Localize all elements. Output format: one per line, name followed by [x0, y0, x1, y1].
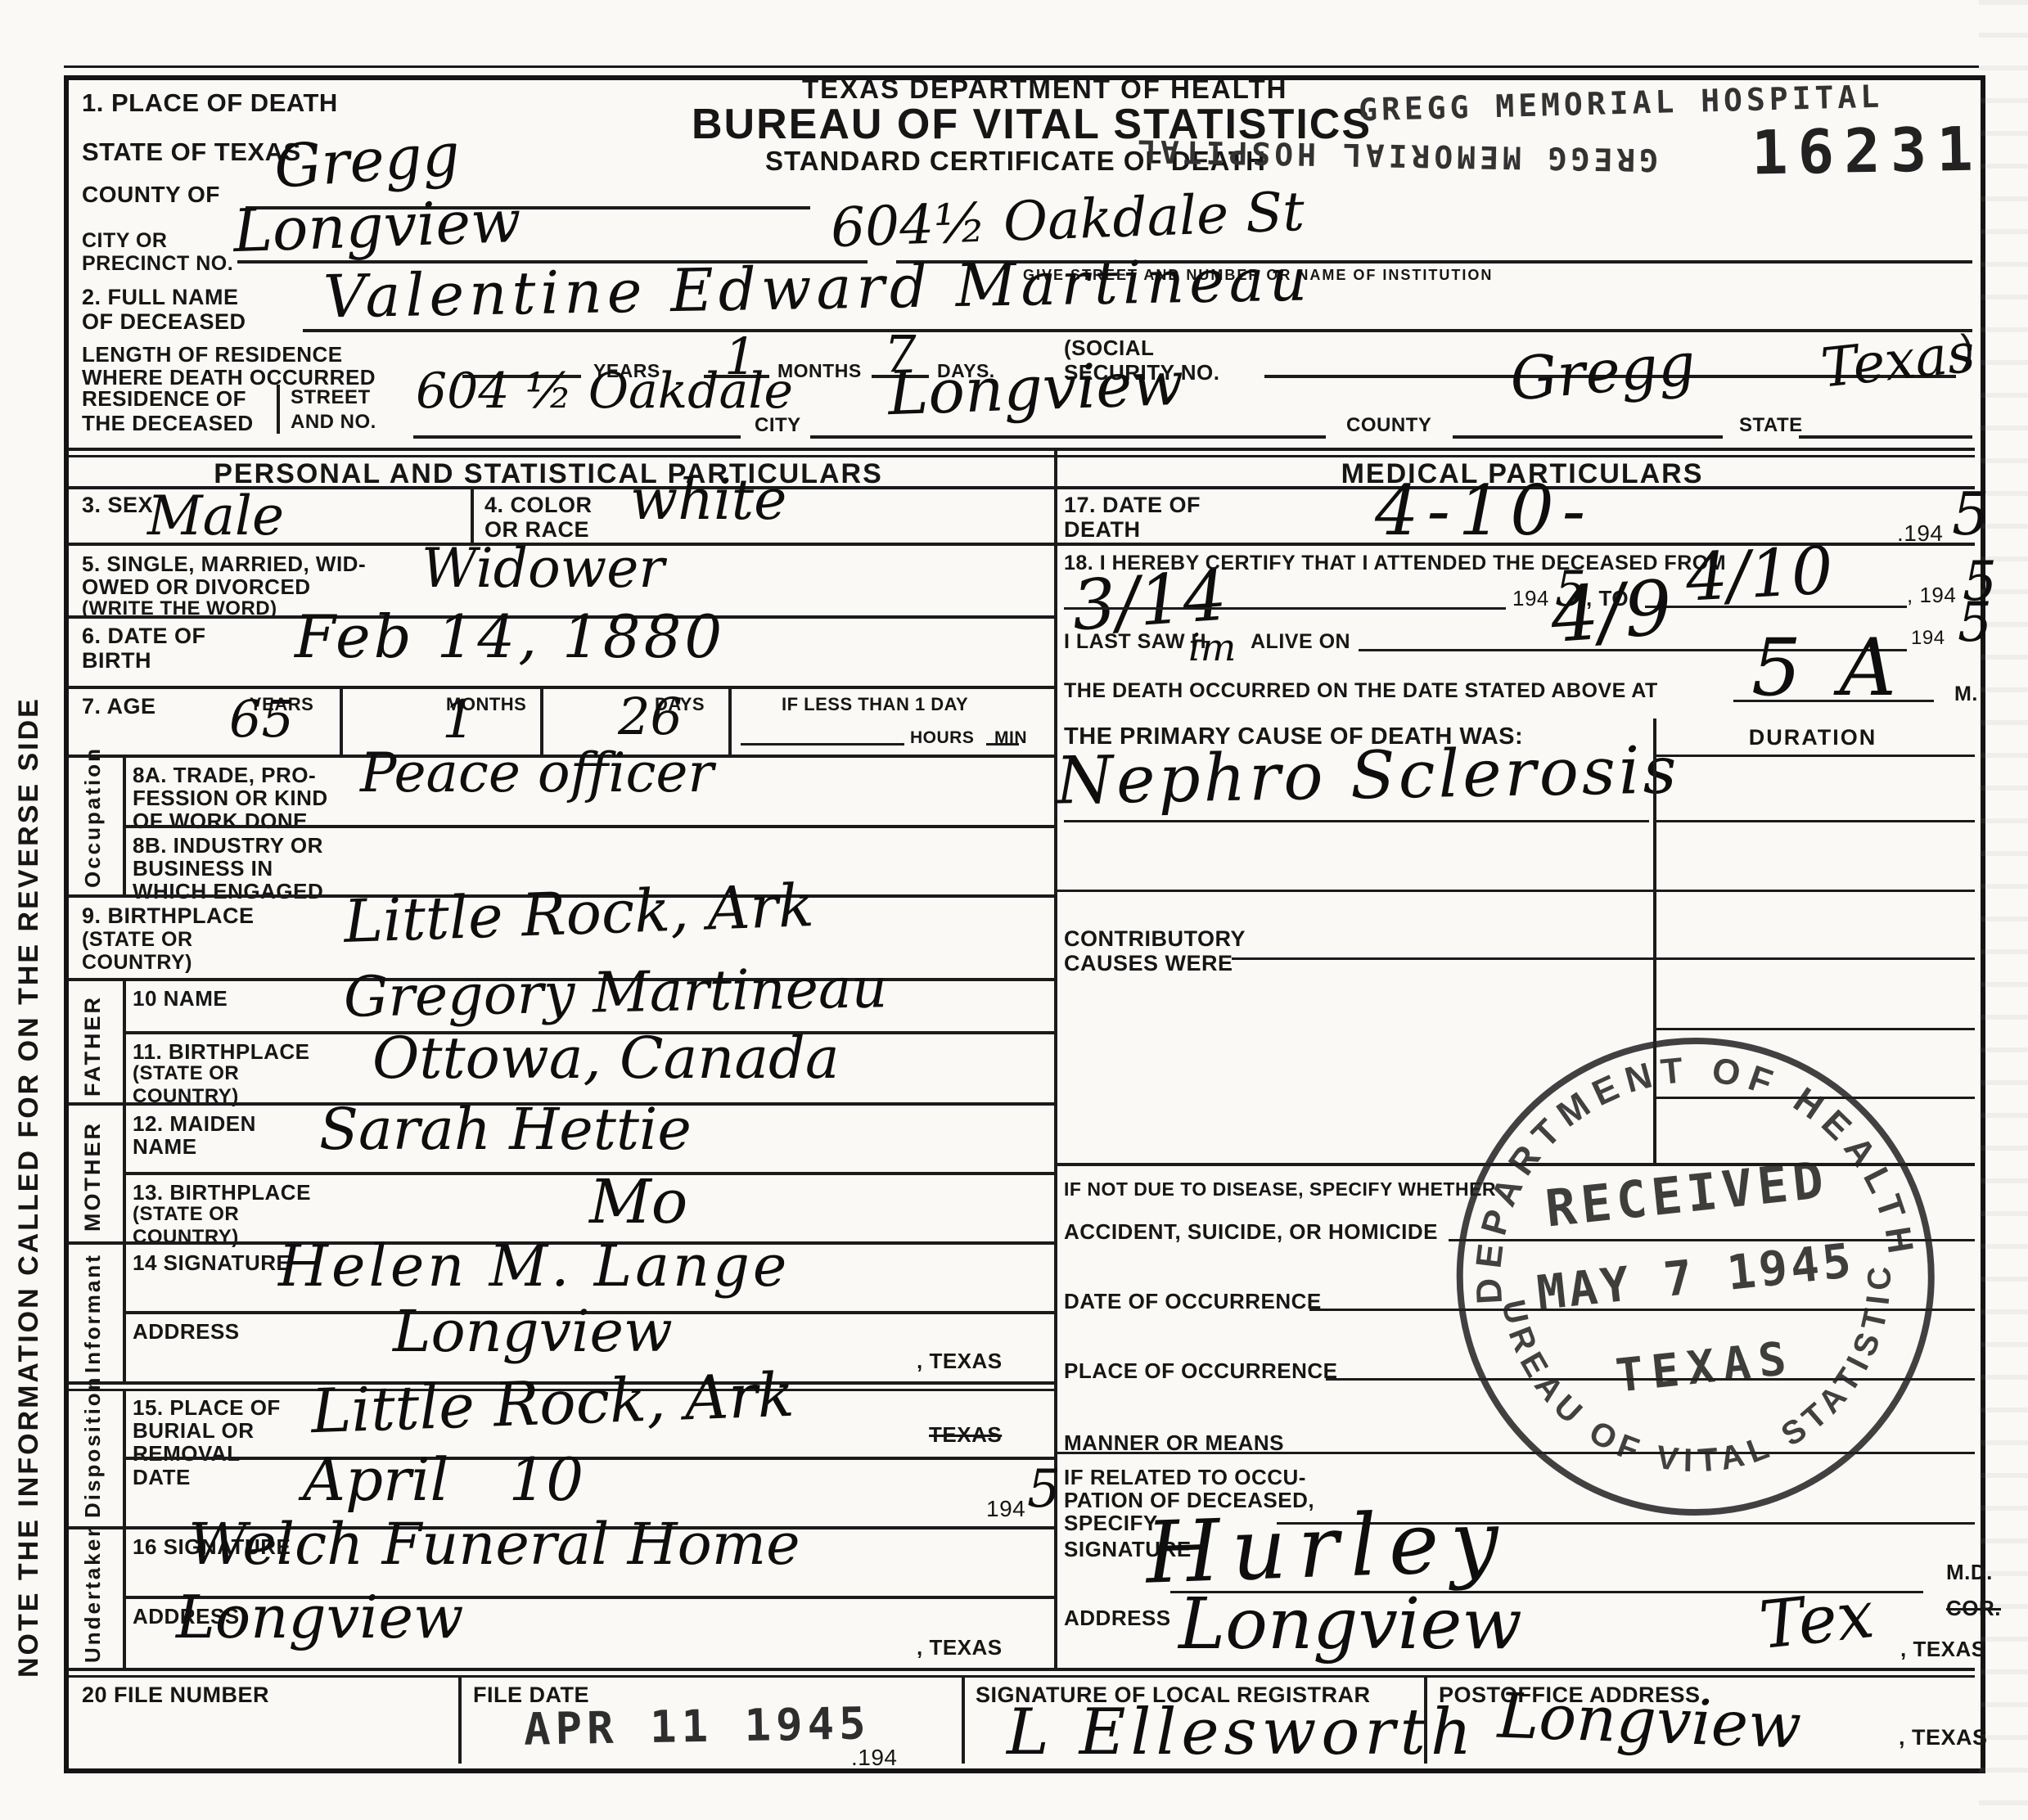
residence-of-label-2: THE DECEASED — [82, 411, 254, 436]
rule — [64, 65, 1979, 68]
certificate-number: 16231 — [1751, 115, 1983, 189]
marital-label-1: 5. SINGLE, MARRIED, WID- — [82, 552, 366, 577]
city-or-label: CITY OR — [82, 229, 167, 253]
divider — [340, 686, 343, 755]
father-name-handwriting: Gregory Martineau — [343, 961, 887, 1026]
attended-to-handwriting: 4/10 — [1684, 538, 1835, 610]
rule — [1064, 607, 1506, 610]
place-of-death-label: 1. PLACE OF DEATH — [82, 88, 338, 118]
divider — [277, 385, 280, 434]
physician-signature-handwriting: Hurley — [1144, 1498, 1511, 1595]
dob-handwriting: Feb 14, 1880 — [295, 607, 725, 666]
rule — [303, 329, 1972, 332]
undertaker-addr-handwriting: Longview — [176, 1588, 464, 1647]
informant-addr-label: ADDRESS — [133, 1319, 240, 1345]
age-hours-label: HOURS — [910, 728, 974, 748]
mother-name-label-2: NAME — [133, 1134, 197, 1160]
res-county-label: COUNTY — [1346, 414, 1431, 437]
related-label-1: IF RELATED TO OCCU- — [1064, 1465, 1306, 1490]
mother-name-label-1: 12. MAIDEN — [133, 1111, 256, 1137]
street-label-1: STREET — [291, 386, 371, 409]
burial-date-label: DATE — [133, 1465, 191, 1490]
stamp-texas-text: TEXAS — [1613, 1331, 1796, 1403]
rule — [810, 435, 1326, 439]
rule — [1064, 820, 1649, 822]
city-handwriting: Longview — [232, 191, 522, 260]
dateocc-label: DATE OF OCCURRENCE — [1064, 1289, 1322, 1314]
father-bp-handwriting: Ottowa, Canada — [372, 1029, 840, 1087]
undertaker-addr-texas: , TEXAS — [917, 1635, 1003, 1660]
burial-texas-struck: TEXAS — [929, 1422, 1002, 1448]
rule — [68, 448, 1975, 451]
md-label: M.D. — [1946, 1560, 1993, 1585]
mother-name-handwriting: Sarah Hettie — [319, 1101, 692, 1158]
rule — [123, 1172, 1054, 1175]
street-label-2: AND NO. — [291, 411, 376, 434]
postoffice-texas: , TEXAS — [1899, 1725, 1988, 1750]
file-number-label: 20 FILE NUMBER — [82, 1683, 269, 1708]
divider — [728, 686, 732, 755]
county-handwriting: Gregg — [273, 124, 462, 196]
father-bp-label-1: 11. BIRTHPLACE — [133, 1039, 310, 1065]
lastsaw-year-printed: 194 — [1911, 627, 1945, 650]
physician-addr-label: ADDRESS — [1064, 1606, 1171, 1631]
residence-city-handwriting: Longview — [887, 354, 1185, 425]
physician-addr-texas: , TEXAS — [1900, 1637, 1986, 1662]
res-state-label: STATE — [1739, 414, 1803, 437]
rule — [123, 825, 1054, 828]
trade-label-2: FESSION OR KIND — [133, 786, 328, 811]
from-year-printed: 194 — [1512, 586, 1549, 611]
age-label: 7. AGE — [82, 694, 156, 719]
rule — [1799, 435, 1972, 439]
industry-label-3: WHICH ENGAGED — [133, 879, 323, 904]
divider — [962, 1675, 965, 1764]
lastsaw-label-2: ALIVE ON — [1251, 630, 1350, 654]
race-handwriting: white — [630, 473, 786, 529]
dod-label-2: DEATH — [1064, 517, 1141, 543]
lastsaw-handwriting: 4/9 — [1548, 570, 1674, 654]
reverse-side-note: NOTE THE INFORMATION CALLED FOR ON THE R… — [13, 352, 45, 1678]
color-race-label-1: 4. COLOR — [484, 493, 593, 518]
disposition-side-label: Disposition — [80, 1395, 106, 1518]
lastsaw-him-handwriting: im — [1188, 628, 1236, 666]
placeocc-label: PLACE OF OCCURRENCE — [1064, 1358, 1338, 1384]
father-side-label: FATHER — [80, 986, 106, 1097]
occurred-handwriting: 5 A — [1751, 628, 1903, 707]
dob-label-2: BIRTH — [82, 648, 151, 673]
stamp-date-text: MAY 7 1945 — [1535, 1232, 1857, 1321]
informant-addr-texas: , TEXAS — [917, 1349, 1003, 1374]
rule — [68, 1675, 1975, 1678]
father-name-label: 10 NAME — [133, 986, 228, 1011]
marital-label-2: OWED OR DIVORCED — [82, 574, 311, 600]
age-days-handwriting: 26 — [618, 692, 683, 742]
undertaker-side-label: Undertaker — [80, 1532, 106, 1663]
rule — [123, 1457, 1054, 1460]
registrar-signature-handwriting: L Ellesworth — [1007, 1701, 1476, 1764]
birthplace-label-1: 9. BIRTHPLACE — [82, 903, 255, 929]
dod-year-handwriting: 5 — [1952, 484, 1990, 543]
father-bp-label-2: (STATE OR — [133, 1062, 239, 1085]
informant-sig-label: 14 SIGNATURE — [133, 1250, 291, 1276]
burial-label-2: BURIAL OR — [133, 1418, 254, 1444]
trade-label-3: OF WORK DONE — [133, 809, 308, 834]
undertaker-sig-handwriting: Welch Funeral Home — [188, 1516, 800, 1573]
birthplace-label-2: (STATE OR — [82, 928, 193, 952]
age-years-handwriting: 65 — [229, 694, 294, 745]
accident-label: ACCIDENT, SUICIDE, OR HOMICIDE — [1064, 1219, 1438, 1245]
dod-label-1: 17. DATE OF — [1064, 493, 1201, 518]
burial-place-handwriting: Little Rock, Ark — [310, 1365, 795, 1443]
duration-label: DURATION — [1661, 725, 1964, 750]
mother-side-label: MOTHER — [80, 1113, 106, 1232]
rule — [1656, 890, 1975, 892]
birthplace-label-3: COUNTRY) — [82, 951, 192, 975]
industry-label-1: 8B. INDUSTRY OR — [133, 833, 323, 858]
to-year-printed: , 194 — [1907, 583, 1956, 608]
received-stamp: DEPARTMENT OF HEALTH BUREAU OF VITAL STA… — [1417, 998, 1975, 1559]
rule — [68, 1668, 1975, 1671]
file-date-year-printed: .194 — [851, 1745, 898, 1771]
rule — [413, 435, 741, 439]
precinct-no-label: PRECINCT NO. — [82, 252, 233, 276]
industry-label-2: BUSINESS IN — [133, 856, 273, 881]
informant-sig-handwriting: Helen M. Lange — [278, 1237, 790, 1295]
res-city-label: CITY — [755, 414, 801, 437]
occurred-m-label: M. — [1954, 682, 1978, 706]
informant-side-label: Informant — [80, 1250, 106, 1373]
dob-label-1: 6. DATE OF — [82, 624, 206, 649]
burial-label-1: 15. PLACE OF — [133, 1395, 281, 1421]
full-name-label-1: 2. FULL NAME — [82, 285, 239, 310]
age-ifless-label: IF LESS THAN 1 DAY — [782, 694, 968, 715]
informant-addr-handwriting: Longview — [393, 1303, 673, 1360]
residence-state-handwriting: Texas — [1818, 326, 1977, 395]
marital-handwriting: Widower — [421, 542, 665, 596]
rule — [1656, 755, 1975, 757]
burial-label-3: REMOVAL — [133, 1441, 241, 1466]
cor-label-struck: COR. — [1946, 1596, 2001, 1621]
occurred-label: THE DEATH OCCURRED ON THE DATE STATED AB… — [1064, 679, 1658, 703]
mother-bp-handwriting: Mo — [589, 1172, 687, 1232]
birthplace-handwriting: Little Rock, Ark — [343, 876, 815, 951]
rule — [1645, 606, 1907, 608]
divider — [1424, 1675, 1427, 1764]
residence-street-handwriting: 604 ½ Oakdale — [416, 367, 793, 416]
postoffice-handwriting: Longview — [1497, 1685, 1803, 1758]
group-divider — [123, 978, 126, 1102]
rule — [68, 486, 1975, 489]
residence-of-label-1: RESIDENCE OF — [82, 386, 246, 412]
full-name-label-2: OF DECEASED — [82, 309, 246, 335]
mother-bp-label-2: (STATE OR — [133, 1203, 239, 1226]
age-months-handwriting: 1 — [442, 694, 475, 746]
residence-length-label-1: LENGTH OF RESIDENCE — [82, 342, 343, 367]
lastsaw-year-handwriting: 5 — [1958, 596, 1992, 650]
trade-handwriting: Peace officer — [360, 746, 714, 800]
cause-handwriting: Nephro Sclerosis — [1055, 737, 1680, 813]
mother-bp-label-3: COUNTRY) — [133, 1226, 239, 1249]
rule — [68, 455, 1975, 457]
trade-label-1: 8A. TRADE, PRO- — [133, 763, 316, 788]
mother-bp-label-1: 13. BIRTHPLACE — [133, 1180, 311, 1205]
rule — [1453, 435, 1723, 439]
rule — [1054, 543, 1975, 546]
divider — [458, 1675, 462, 1764]
age-min-label: MIN — [994, 728, 1027, 748]
physician-addr-handwriting: Longview — [1178, 1589, 1522, 1660]
rule — [741, 743, 904, 746]
sex-label: 3. SEX — [82, 493, 153, 518]
rule — [1054, 890, 1653, 892]
full-name-handwriting: Valentine Edward Martineau — [322, 250, 1312, 326]
lastsaw-label-1: I LAST SAW H — [1064, 630, 1206, 654]
county-of-label: COUNTY OF — [82, 182, 220, 208]
stamp-received-text: RECEIVED — [1543, 1150, 1831, 1239]
contributory-label-2: CAUSES WERE — [1064, 951, 1233, 976]
rule — [1656, 957, 1975, 960]
rule — [68, 686, 1054, 689]
burial-date-handwriting: April 10 — [303, 1450, 584, 1509]
rule — [1656, 820, 1975, 822]
physician-addr-extra-handwriting: Tex — [1756, 1582, 1877, 1659]
contributory-label-1: CONTRIBUTORY — [1064, 926, 1246, 952]
burial-date-year-handwriting: 5 — [1027, 1463, 1061, 1516]
dod-handwriting: 4-10- — [1375, 476, 1593, 545]
sex-handwriting: Male — [147, 489, 284, 543]
scan-bleed-artifact — [1979, 0, 2028, 1820]
state-of-texas-label: STATE OF TEXAS — [82, 137, 301, 167]
street-handwriting: 604½ Oakdale St — [830, 185, 1305, 255]
burial-date-year-printed: 194 — [986, 1496, 1025, 1522]
occupation-side-label: Occupation — [80, 765, 106, 888]
death-certificate-scan: NOTE THE INFORMATION CALLED FOR ON THE R… — [0, 0, 2028, 1820]
rule — [1232, 957, 1653, 960]
file-date-stamp: APR 11 1945 — [523, 1697, 871, 1755]
residence-county-handwriting: Gregg — [1507, 334, 1697, 408]
